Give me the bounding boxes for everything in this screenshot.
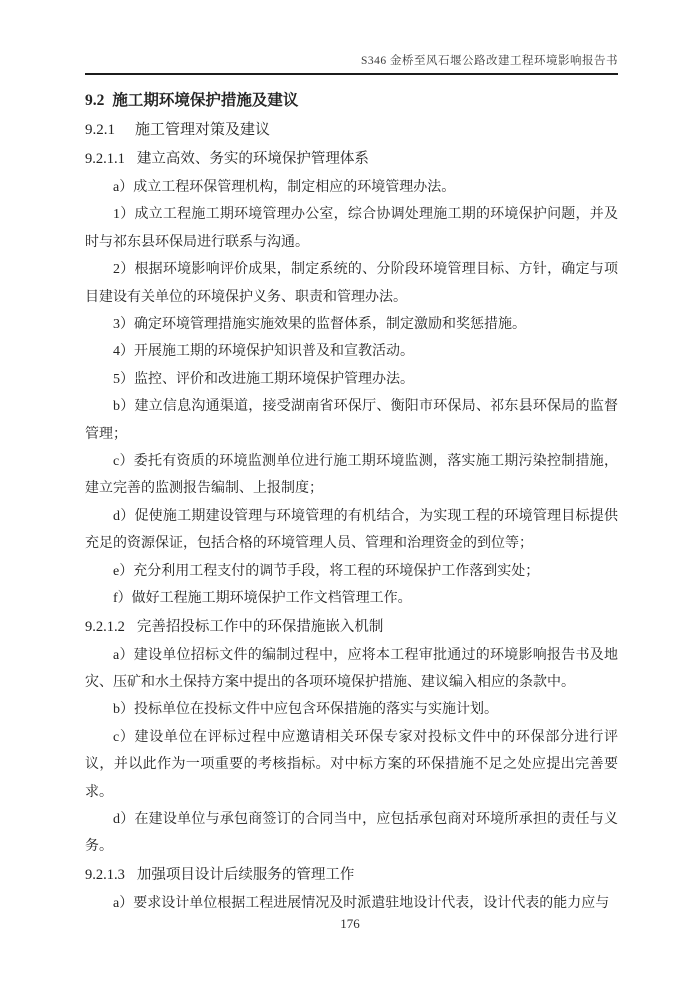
paragraph: 1）成立工程施工期环境管理办公室，综合协调处理施工期的环境保护问题，并及时与祁东… — [85, 201, 618, 256]
paragraph: 2）根据环境影响评价成果，制定系统的、分阶段环境管理目标、方针，确定与项目建设有… — [85, 256, 618, 311]
heading-number: 9.2.1.2 — [85, 619, 125, 635]
paragraph: a）成立工程环保管理机构，制定相应的环境管理办法。 — [85, 174, 618, 201]
paragraph: d）促使施工期建设管理与环境管理的有机结合，为实现工程的环境管理目标提供充足的资… — [85, 503, 618, 558]
heading-text: 施工期环境保护措施及建议 — [112, 92, 298, 109]
paragraph: 4）开展施工期的环境保护知识普及和宣教活动。 — [85, 338, 618, 365]
paragraph: e）充分利用工程支付的调节手段，将工程的环境保护工作落到实处； — [85, 558, 618, 585]
paragraph: c）建设单位在评标过程中应邀请相关环保专家对投标文件中的环保部分进行评议，并以此… — [85, 724, 618, 806]
section-heading-level3: 9.2.1.2完善招投标工作中的环保措施嵌入机制 — [85, 613, 618, 642]
paragraph: c）委托有资质的环境监测单位进行施工期环境监测，落实施工期污染控制措施，建立完善… — [85, 448, 618, 503]
heading-number: 9.2.1 — [85, 122, 115, 138]
heading-text: 建立高效、务实的环境保护管理体系 — [137, 151, 369, 167]
paragraph: 5）监控、评价和改进施工期环境保护管理办法。 — [85, 366, 618, 393]
paragraph: d）在建设单位与承包商签订的合同当中，应包括承包商对环境所承担的责任与义务。 — [85, 806, 618, 861]
document-page: S346 金桥至风石堰公路改建工程环境影响报告书 9.2施工期环境保护措施及建议… — [0, 0, 700, 990]
heading-text: 施工管理对策及建议 — [135, 122, 270, 138]
paragraph: b）建立信息沟通渠道，接受湖南省环保厅、衡阳市环保局、祁东县环保局的监督管理； — [85, 393, 618, 448]
paragraph: a）建设单位招标文件的编制过程中，应将本工程审批通过的环境影响报告书及地灾、压矿… — [85, 642, 618, 697]
heading-text: 加强项目设计后续服务的管理工作 — [137, 867, 355, 883]
section-heading-level3: 9.2.1.3加强项目设计后续服务的管理工作 — [85, 861, 618, 890]
running-header-title: S346 金桥至风石堰公路改建工程环境影响报告书 — [85, 0, 618, 75]
heading-text: 完善招投标工作中的环保措施嵌入机制 — [137, 619, 384, 635]
heading-number: 9.2 — [85, 92, 104, 109]
page-footer: 176 — [0, 916, 700, 932]
heading-number: 9.2.1.3 — [85, 867, 125, 883]
section-heading-level3: 9.2.1.1建立高效、务实的环境保护管理体系 — [85, 145, 618, 174]
document-body: 9.2施工期环境保护措施及建议9.2.1施工管理对策及建议9.2.1.1建立高效… — [85, 86, 618, 917]
heading-number: 9.2.1.1 — [85, 151, 125, 167]
page-header: S346 金桥至风石堰公路改建工程环境影响报告书 — [85, 0, 618, 75]
section-heading-level1: 9.2施工期环境保护措施及建议 — [85, 86, 618, 116]
paragraph: b）投标单位在投标文件中应包含环保措施的落实与实施计划。 — [85, 696, 618, 723]
paragraph: f）做好工程施工期环境保护工作文档管理工作。 — [85, 585, 618, 612]
paragraph: 3）确定环境管理措施实施效果的监督体系，制定激励和奖惩措施。 — [85, 311, 618, 338]
section-heading-level2: 9.2.1施工管理对策及建议 — [85, 116, 618, 145]
paragraph: a）要求设计单位根据工程进展情况及时派遣驻地设计代表，设计代表的能力应与 — [85, 890, 618, 917]
page-number: 176 — [340, 916, 360, 931]
